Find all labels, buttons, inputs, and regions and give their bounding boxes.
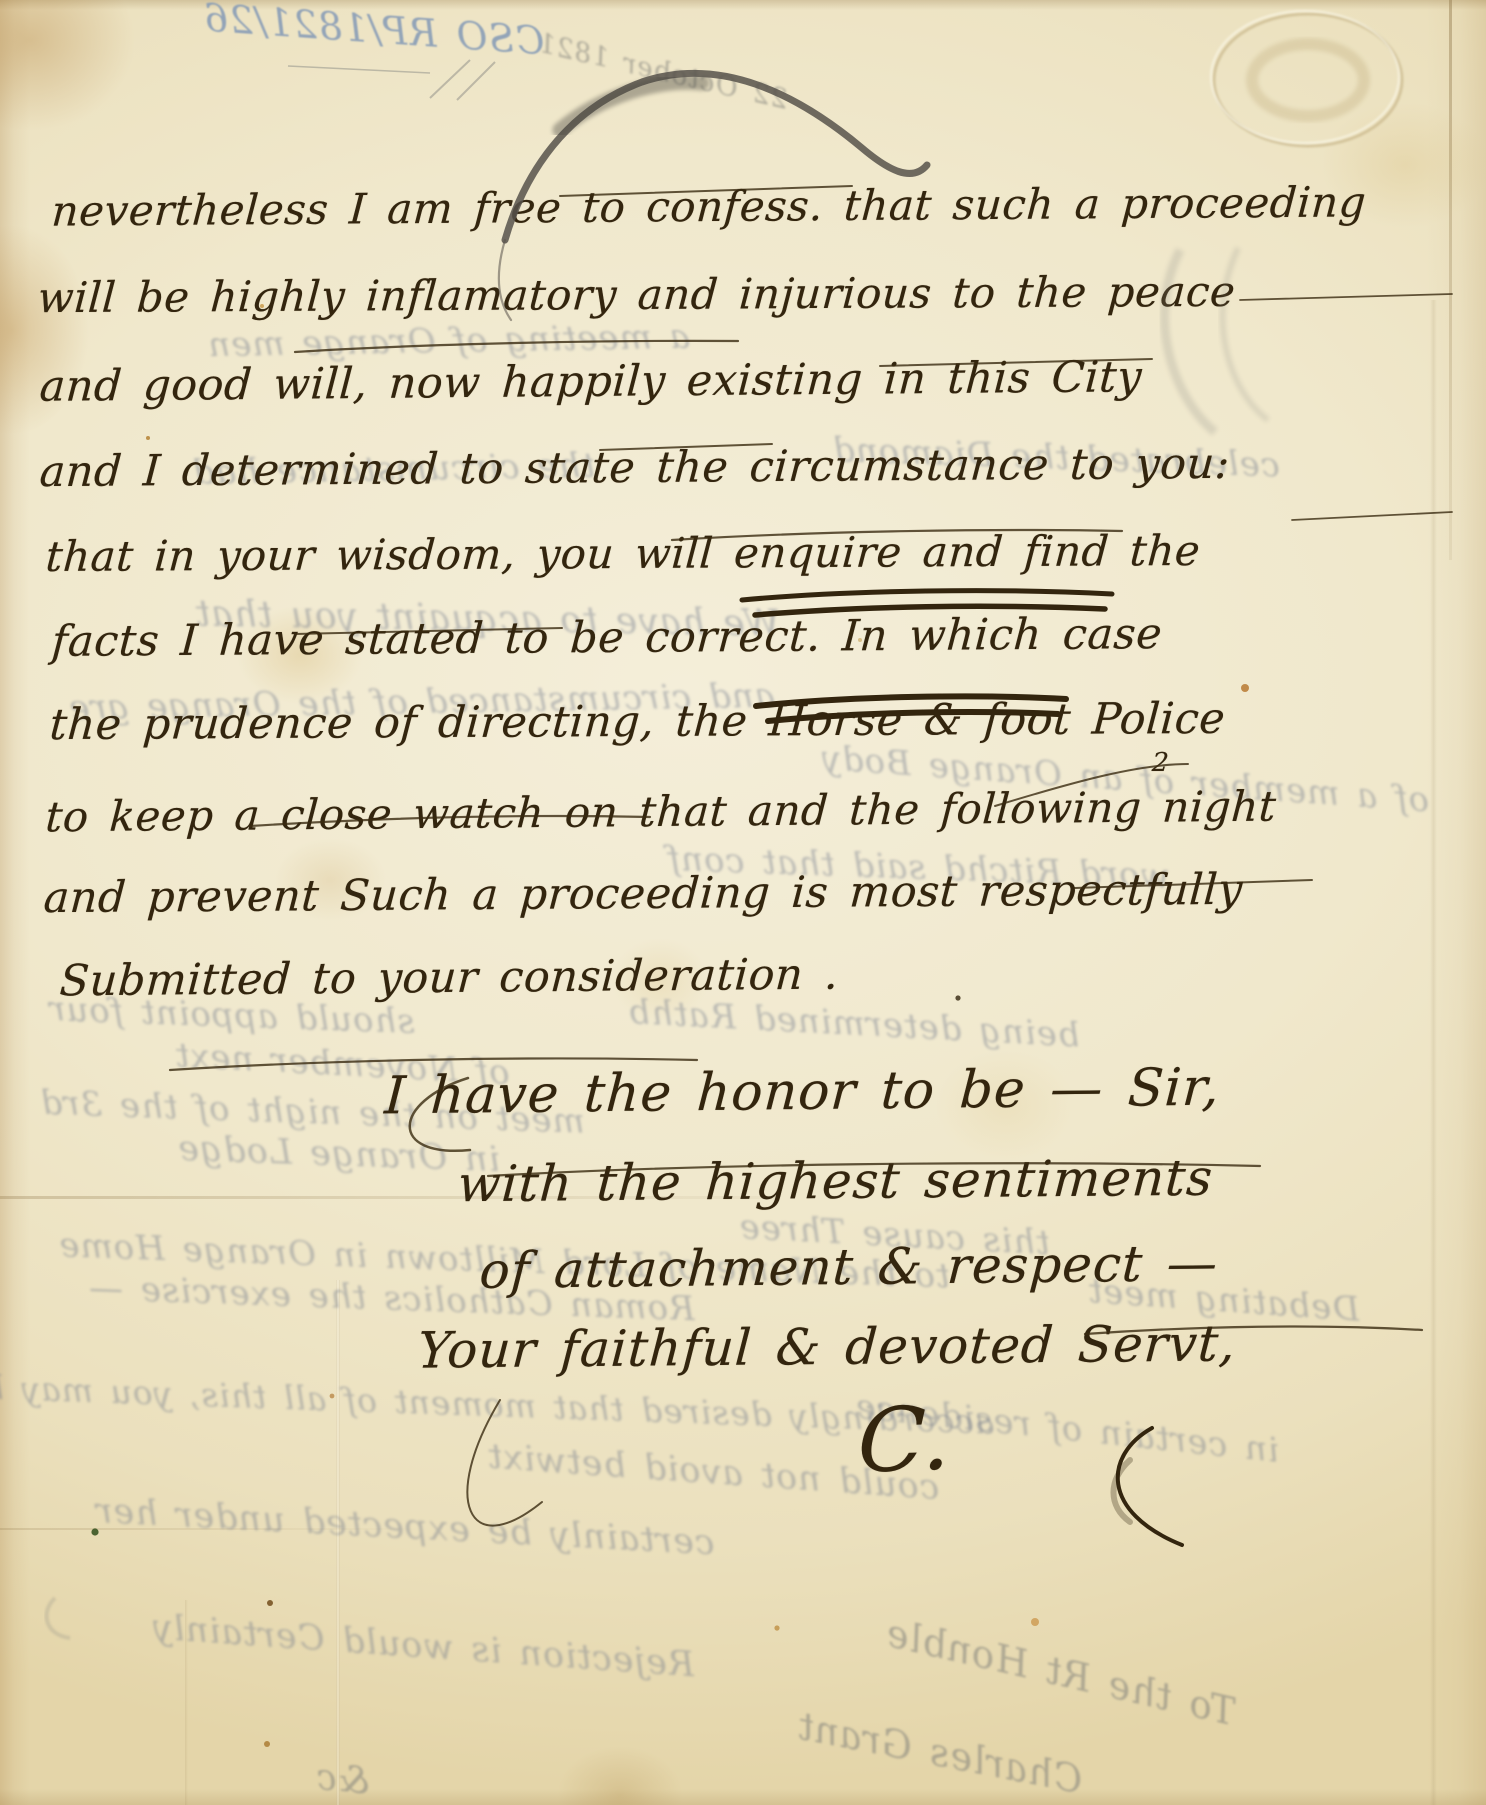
closing-line: Your faithful & devoted Servt, [416,1314,1238,1379]
pencil-date: 22 October 1821 [550,31,791,115]
signature: C. [856,1386,953,1492]
closing-line: with the highest sentiments [456,1149,1215,1214]
bleedthrough-line: Rejection is would Certainly [114,1605,695,1685]
insertion-mark: 2 [1151,748,1170,778]
body-line: facts I have stated to be correct. In wh… [50,609,1164,667]
body-line: nevertheless I am free to confess. that … [50,177,1368,235]
bleedthrough-line: certainly be expected under her [54,1489,715,1563]
bleedthrough-address-line: To the Rt Honble [860,1606,1240,1734]
body-line: that in your wisdom, you will enquire an… [44,526,1202,581]
body-line: and prevent Such a proceeding is most re… [42,865,1244,923]
bleedthrough-address-line: Charles Grant [764,1698,1087,1802]
closing-line: I have the honor to be — Sir, [383,1058,1222,1127]
body-line: Submitted to your consideration . [58,950,840,1007]
archival-reference: CSO RP/1821/26 [104,0,546,63]
crease-vertical-right2 [1430,300,1437,1805]
body-line: and good will, now happily existing in t… [38,352,1143,412]
embossed-stamp [1211,11,1402,146]
body-line: and I determined to state the circumstan… [38,439,1231,497]
closing-line: of attachment & respect — [478,1234,1220,1300]
crease-vertical-right [1449,0,1452,560]
bleedthrough-mark: &c [248,1750,372,1803]
letter-page: CSO RP/1821/26 22 October 1821 a meeting… [0,0,1486,1805]
body-line: the prudence of directing, the Horse & f… [48,694,1227,750]
body-line: to keep a close watch on that and the fo… [44,782,1278,842]
body-line: will be highly inflamatory and injurious… [36,267,1237,322]
